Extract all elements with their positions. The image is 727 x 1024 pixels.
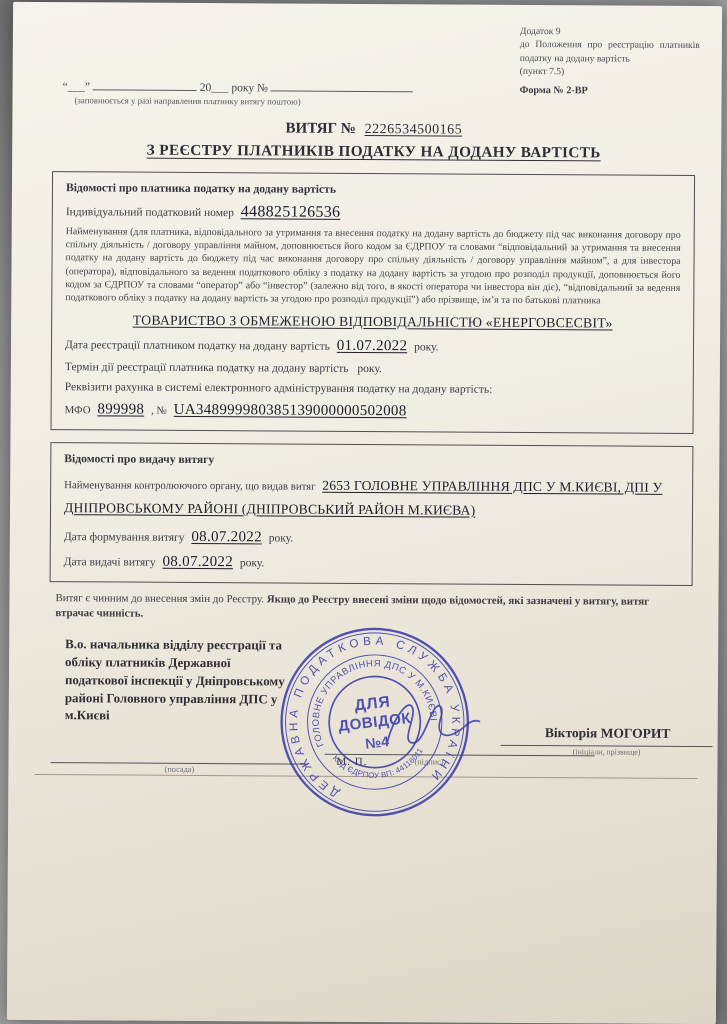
issued-date-value: 08.07.2022 [162, 553, 233, 569]
year-blank: 20___ [200, 82, 229, 94]
registration-date-value: 01.07.2022 [337, 338, 408, 354]
term-suffix: року. [357, 363, 381, 375]
document-subtitle: З РЕЄСТРУ ПЛАТНИКІВ ПОДАТКУ НА ДОДАНУ ВА… [52, 141, 695, 163]
validity-note-part1: Витяг є чинним до внесення змін до Реєст… [55, 592, 264, 605]
appendix-line2: до Положення про реєстрацію платників по… [520, 38, 700, 66]
signer-name: Вікторія МОГОРИТ [507, 725, 709, 742]
payer-info-box: Відомості про платника податку на додану… [51, 171, 696, 434]
mfo-label: МФО [65, 404, 91, 416]
account-line: МФО 899998 , № UA34899998038513900000050… [65, 401, 680, 422]
formed-date-value: 08.07.2022 [191, 529, 262, 545]
account-requisites-label: Реквізити рахунка в системі електронного… [65, 381, 493, 396]
signature-section: В.о. начальника відділу реєстрації та об… [48, 634, 692, 868]
document-content: Додаток 9 до Положення про реєстрацію пл… [7, 2, 722, 1024]
authority-line: Найменування контролюючого органу, що ви… [64, 472, 679, 523]
term-line: Термін дії реєстрації платника податку н… [65, 361, 680, 377]
name-definition-paragraph: Найменування (для платника, відповідальн… [65, 225, 680, 308]
ipn-value: 448825126536 [241, 203, 341, 221]
authority-label: Найменування контролюючого органу, що ви… [64, 479, 316, 493]
registration-date-line: Дата реєстрації платником податку на дод… [65, 336, 680, 357]
number-blank-line [271, 79, 413, 92]
formed-date-label: Дата формування витягу [64, 531, 185, 544]
payer-box-header: Відомості про платника податку на додану… [66, 181, 681, 198]
account-no-value: UA348999980385139000000502008 [174, 402, 407, 419]
date-number-line: “___” 20___ року № [63, 78, 503, 96]
issued-date-line: Дата видачі витягу 08.07.2022 року. [64, 553, 679, 574]
mfo-value: 899998 [97, 401, 144, 417]
formed-date-line: Дата формування витягу 08.07.2022 року. [64, 528, 679, 549]
position-caption: (посада) [50, 764, 308, 775]
issued-date-label: Дата видачі витягу [64, 556, 156, 569]
ipn-line: Індивідуальний податковий номер 44882512… [66, 202, 681, 224]
scanned-paper: Додаток 9 до Положення про реєстрацію пл… [7, 2, 722, 1024]
issued-date-suffix: року. [240, 557, 264, 569]
appendix-line3: (пункт 7.5) [520, 65, 700, 80]
document-title: ВИТЯГ № 2226534500165 [52, 119, 695, 140]
date-blank-line [93, 78, 197, 91]
account-requisites-label-line: Реквізити рахунка в системі електронного… [65, 381, 680, 397]
issue-box-header: Відомості про видачу витягу [64, 452, 679, 469]
signer-position: В.о. начальника відділу реєстрації та об… [65, 636, 294, 726]
form-number-label: Форма № 2-ВР [520, 84, 700, 99]
name-caption: (ініціали, прізвище) [501, 747, 713, 757]
registration-date-suffix: року. [414, 341, 438, 353]
formed-date-suffix: року. [269, 532, 293, 544]
account-no-label: , № [151, 405, 167, 417]
term-label: Термін дії реєстрації платника податку н… [65, 361, 349, 375]
handwritten-signature [379, 689, 487, 763]
ipn-label: Індивідуальний податковий номер [66, 206, 234, 219]
issue-info-box: Відомості про видачу витягу Найменування… [50, 442, 694, 585]
registration-date-label: Дата реєстрації платником податку на дод… [65, 339, 330, 353]
title-label: ВИТЯГ № [286, 121, 356, 137]
date-quote-blank: “___” [63, 81, 91, 93]
company-name: ТОВАРИСТВО З ОБМЕЖЕНОЮ ВІДПОВІДАЛЬНІСТЮ … [65, 312, 680, 332]
number-label: року № [231, 82, 268, 94]
validity-note: Витяг є чинним до внесення змін до Реєст… [55, 591, 688, 626]
appendix-block: Додаток 9 до Положення про реєстрацію пл… [520, 25, 700, 99]
extract-number: 2226534500165 [365, 122, 463, 138]
appendix-line1: Додаток 9 [520, 25, 700, 40]
